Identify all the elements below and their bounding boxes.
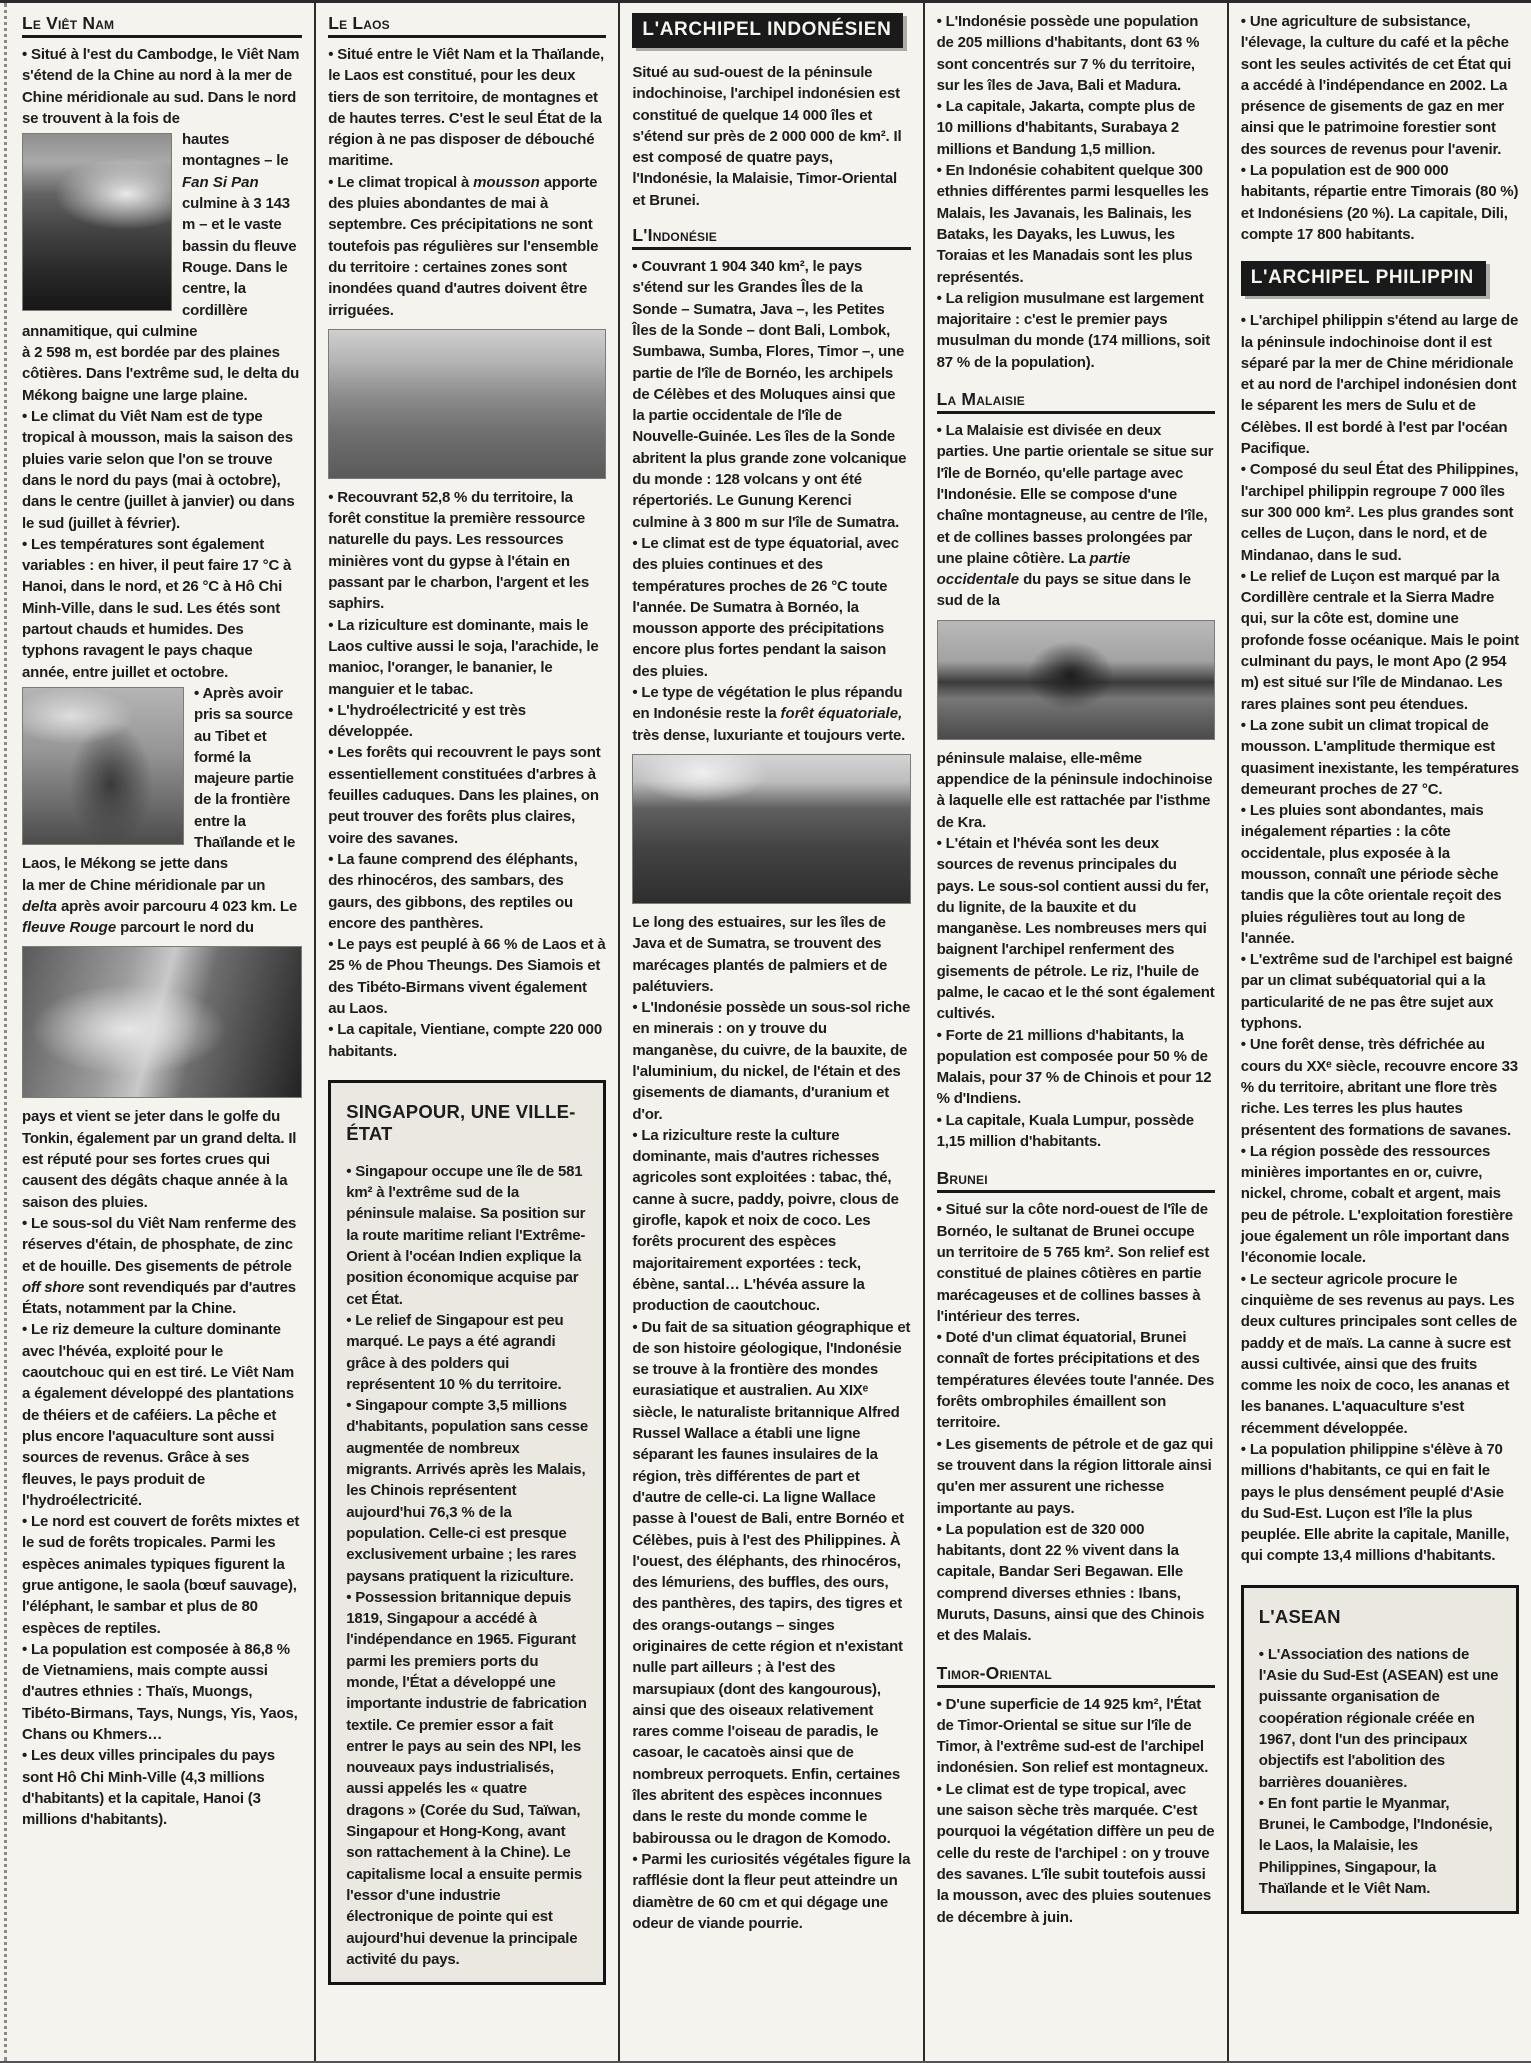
paragraph: • Le sous-sol du Viêt Nam renferme des r… <box>22 1213 302 1319</box>
media-block: hautes montagnes – le Fan Si Pan culmine… <box>22 129 302 342</box>
paragraph: • L'étain et l'hévéa sont les deux sourc… <box>937 833 1215 1025</box>
paragraph: • Du fait de sa situation géographique e… <box>632 1317 910 1849</box>
paragraph: • Une agriculture de subsistance, l'élev… <box>1241 11 1519 160</box>
laos-flooded-street-photo <box>328 329 606 479</box>
paragraph: • La capitale, Kuala Lumpur, possède 1,1… <box>937 1110 1215 1153</box>
paragraph: • L'Association des nations de l'Asie du… <box>1259 1644 1501 1793</box>
encyclopedia-page: Le Viêt Nam • Situé à l'est du Cambodge,… <box>0 0 1531 2063</box>
paragraph: • Possession britannique depuis 1819, Si… <box>346 1587 588 1970</box>
red-river-photo <box>22 946 302 1098</box>
rubric-timor-oriental: Timor-Oriental <box>937 1663 1215 1688</box>
vietnam-mountains-photo <box>22 133 172 311</box>
paragraph: • Les pluies sont abondantes, mais inéga… <box>1241 800 1519 949</box>
paragraph: • L'archipel philippin s'étend au large … <box>1241 310 1519 459</box>
paragraph: • Situé sur la côte nord-ouest de l'île … <box>937 1199 1215 1327</box>
paragraph: à 2 598 m, est bordée par des plaines cô… <box>22 342 302 406</box>
paragraph: • Le climat est de type tropical, avec u… <box>937 1779 1215 1928</box>
paragraph: • Le climat tropical à mousson apporte d… <box>328 172 606 321</box>
paragraph: • Le relief de Singapour est peu marqué.… <box>346 1310 588 1395</box>
paragraph: • La population philippine s'élève à 70 … <box>1241 1439 1519 1567</box>
paragraph: • L'hydroélectricité y est très développ… <box>328 700 606 743</box>
rubric-vietnam: Le Viêt Nam <box>22 13 302 38</box>
paragraph: • Le climat du Viêt Nam est de type trop… <box>22 406 302 534</box>
paragraph: Le long des estuaires, sur les îles de J… <box>632 912 910 997</box>
paragraph: • Les gisements de pétrole et de gaz qui… <box>937 1434 1215 1519</box>
paragraph: • La riziculture reste la culture domina… <box>632 1125 910 1317</box>
paragraph: • La faune comprend des éléphants, des r… <box>328 849 606 934</box>
sidebar-box-singapour: SINGAPOUR, UNE VILLE-ÉTAT • Singapour oc… <box>328 1080 606 1985</box>
paragraph: • Le nord est couvert de forêts mixtes e… <box>22 1511 302 1639</box>
paragraph: la mer de Chine méridionale par un delta… <box>22 875 302 939</box>
column-philippines-asean: • Une agriculture de subsistance, l'élev… <box>1227 3 1531 2061</box>
paragraph: • La riziculture est dominante, mais le … <box>328 615 606 700</box>
paragraph: • La région possède des ressources miniè… <box>1241 1141 1519 1269</box>
equatorial-forest-photo <box>632 754 910 904</box>
paragraph: Situé au sud-ouest de la péninsule indoc… <box>632 62 910 211</box>
column-indonesie: L'ARCHIPEL INDONÉSIEN Situé au sud-ouest… <box>618 3 922 2061</box>
media-block: • Après avoir pris sa source au Tibet et… <box>22 683 302 875</box>
paragraph: • La religion musulmane est largement ma… <box>937 288 1215 373</box>
paragraph: • Le relief de Luçon est marqué par la C… <box>1241 566 1519 715</box>
box-title-singapour: SINGAPOUR, UNE VILLE-ÉTAT <box>346 1101 588 1145</box>
columns-container: Le Viêt Nam • Situé à l'est du Cambodge,… <box>0 3 1531 2061</box>
paragraph: • En Indonésie cohabitent quelque 300 et… <box>937 160 1215 288</box>
rubric-laos: Le Laos <box>328 13 606 38</box>
mekong-boat-photo <box>22 687 184 845</box>
paragraph: • Singapour compte 3,5 millions d'habita… <box>346 1395 588 1587</box>
paragraph: • Parmi les curiosités végétales figure … <box>632 1849 910 1934</box>
paragraph: • Doté d'un climat équatorial, Brunei co… <box>937 1327 1215 1433</box>
malaysia-mountains-lake-photo <box>937 620 1215 740</box>
paragraph: • Le riz demeure la culture dominante av… <box>22 1319 302 1511</box>
column-laos: Le Laos • Situé entre le Viêt Nam et la … <box>314 3 618 2061</box>
section-banner-archipel-indonesien: L'ARCHIPEL INDONÉSIEN <box>632 13 903 48</box>
paragraph: • Situé entre le Viêt Nam et la Thaïland… <box>328 44 606 172</box>
paragraph: • Recouvrant 52,8 % du territoire, la fo… <box>328 487 606 615</box>
paragraph: • D'une superficie de 14 925 km², l'État… <box>937 1694 1215 1779</box>
section-banner-archipel-philippin: L'ARCHIPEL PHILIPPIN <box>1241 261 1486 296</box>
paragraph: • Le type de végétation le plus répandu … <box>632 682 910 746</box>
paragraph: • Forte de 21 millions d'habitants, la p… <box>937 1025 1215 1110</box>
paragraph: • Le climat est de type équatorial, avec… <box>632 533 910 682</box>
paragraph: • Le secteur agricole procure le cinquiè… <box>1241 1269 1519 1439</box>
paragraph: • Composé du seul État des Philippines, … <box>1241 459 1519 565</box>
paragraph: • La capitale, Jakarta, compte plus de 1… <box>937 96 1215 160</box>
paragraph: péninsule malaise, elle-même appendice d… <box>937 748 1215 833</box>
column-malaisie-brunei-timor: • L'Indonésie possède une population de … <box>923 3 1227 2061</box>
paragraph: • La population est de 320 000 habitants… <box>937 1519 1215 1647</box>
paragraph: • L'Indonésie possède un sous-sol riche … <box>632 997 910 1125</box>
rubric-brunei: Brunei <box>937 1168 1215 1193</box>
paragraph: • Les températures sont également variab… <box>22 534 302 683</box>
paragraph: • Les deux villes principales du pays so… <box>22 1745 302 1830</box>
paragraph: • En font partie le Myanmar, Brunei, le … <box>1259 1793 1501 1899</box>
paragraph: pays et vient se jeter dans le golfe du … <box>22 1106 302 1212</box>
paragraph: • L'extrême sud de l'archipel est baigné… <box>1241 949 1519 1034</box>
sidebar-box-asean: L'ASEAN • L'Association des nations de l… <box>1241 1585 1519 1915</box>
paragraph: • La capitale, Vientiane, compte 220 000… <box>328 1019 606 1062</box>
paragraph: • Une forêt dense, très défrichée au cou… <box>1241 1034 1519 1140</box>
paragraph: • Couvrant 1 904 340 km², le pays s'éten… <box>632 256 910 533</box>
paragraph: • Les forêts qui recouvrent le pays sont… <box>328 742 606 848</box>
box-title-asean: L'ASEAN <box>1259 1606 1501 1628</box>
rubric-indonesie: L'Indonésie <box>632 225 910 250</box>
paragraph: • L'Indonésie possède une population de … <box>937 11 1215 96</box>
paragraph: • La Malaisie est divisée en deux partie… <box>937 420 1215 612</box>
column-vietnam: Le Viêt Nam • Situé à l'est du Cambodge,… <box>10 3 314 2061</box>
rubric-malaisie: La Malaisie <box>937 389 1215 414</box>
paragraph: • Singapour occupe une île de 581 km² à … <box>346 1161 588 1310</box>
paragraph: • La population est de 900 000 habitants… <box>1241 160 1519 245</box>
paragraph: • Le pays est peuplé à 66 % de Laos et à… <box>328 934 606 1019</box>
paragraph: • Situé à l'est du Cambodge, le Viêt Nam… <box>22 44 302 129</box>
paragraph: • La zone subit un climat tropical de mo… <box>1241 715 1519 800</box>
paragraph: • La population est composée à 86,8 % de… <box>22 1639 302 1745</box>
